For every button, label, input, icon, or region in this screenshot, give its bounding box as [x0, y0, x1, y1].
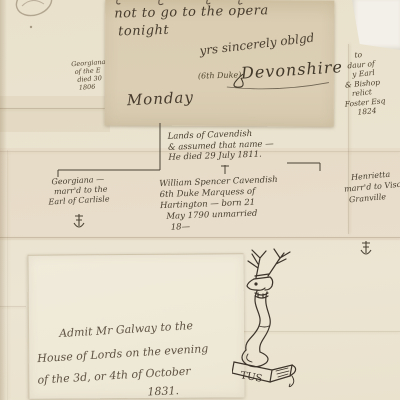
oval-scribble-icon	[10, 0, 70, 32]
margin-note-right: to daur of y Earl & Bishop relict Foster…	[340, 48, 386, 118]
anchor-mark-icon	[359, 240, 373, 260]
genealogy-entry-william: William Spencer Cavendish 6th Duke Marqu…	[159, 175, 279, 234]
admission-line: of the 3d, or 4th of October	[37, 365, 191, 387]
fold-line	[0, 237, 400, 238]
signature-flourish-icon	[217, 56, 337, 91]
fold-line	[0, 108, 105, 109]
margin-note-left: Georgiana of the E died 30 1806	[71, 58, 107, 92]
anchor-mark-icon	[72, 213, 86, 233]
admission-line: Admit Mr Galway to the	[59, 319, 194, 340]
paper-edge-line	[7, 150, 8, 400]
note-line: not to go to the opera	[114, 3, 269, 21]
genealogy-line: Earl of Carlisle	[48, 194, 110, 207]
closing-line: yrs sincerely oblgd	[199, 31, 315, 58]
margin-line: 1824	[357, 105, 386, 117]
margin-line: 1806	[79, 82, 108, 92]
admission-line: 1831.	[147, 384, 179, 398]
genealogy-parent-entry: Lands of Cavendish & assumed that name —…	[167, 128, 274, 163]
album-page: not to go to the opera tonight yrs since…	[0, 0, 400, 400]
crest-motto: TUS	[239, 370, 263, 385]
stag-crest-icon: TUS	[232, 246, 312, 391]
paper-edge-shade	[0, 0, 7, 400]
paper-tint	[0, 96, 110, 132]
admission-line: House of Lords on the evening	[37, 342, 209, 365]
backing-page-corner	[352, 0, 400, 50]
fold-line	[0, 306, 26, 307]
pasted-note-admission: Admit Mr Galway to the House of Lords on…	[27, 253, 244, 399]
note-line: tonight	[118, 23, 169, 40]
genealogy-line: He died 29 July 1811.	[168, 149, 274, 163]
genealogy-line: 18—	[171, 219, 280, 234]
pasted-note-opera: not to go to the opera tonight yrs since…	[105, 0, 335, 127]
genealogy-entry-georgiana: Georgiana — marr'd to the Earl of Carlis…	[47, 174, 110, 207]
genealogy-entry-henrietta: Henrietta marr'd to Visc't Granville	[343, 167, 400, 205]
day-line: Monday	[126, 88, 194, 109]
